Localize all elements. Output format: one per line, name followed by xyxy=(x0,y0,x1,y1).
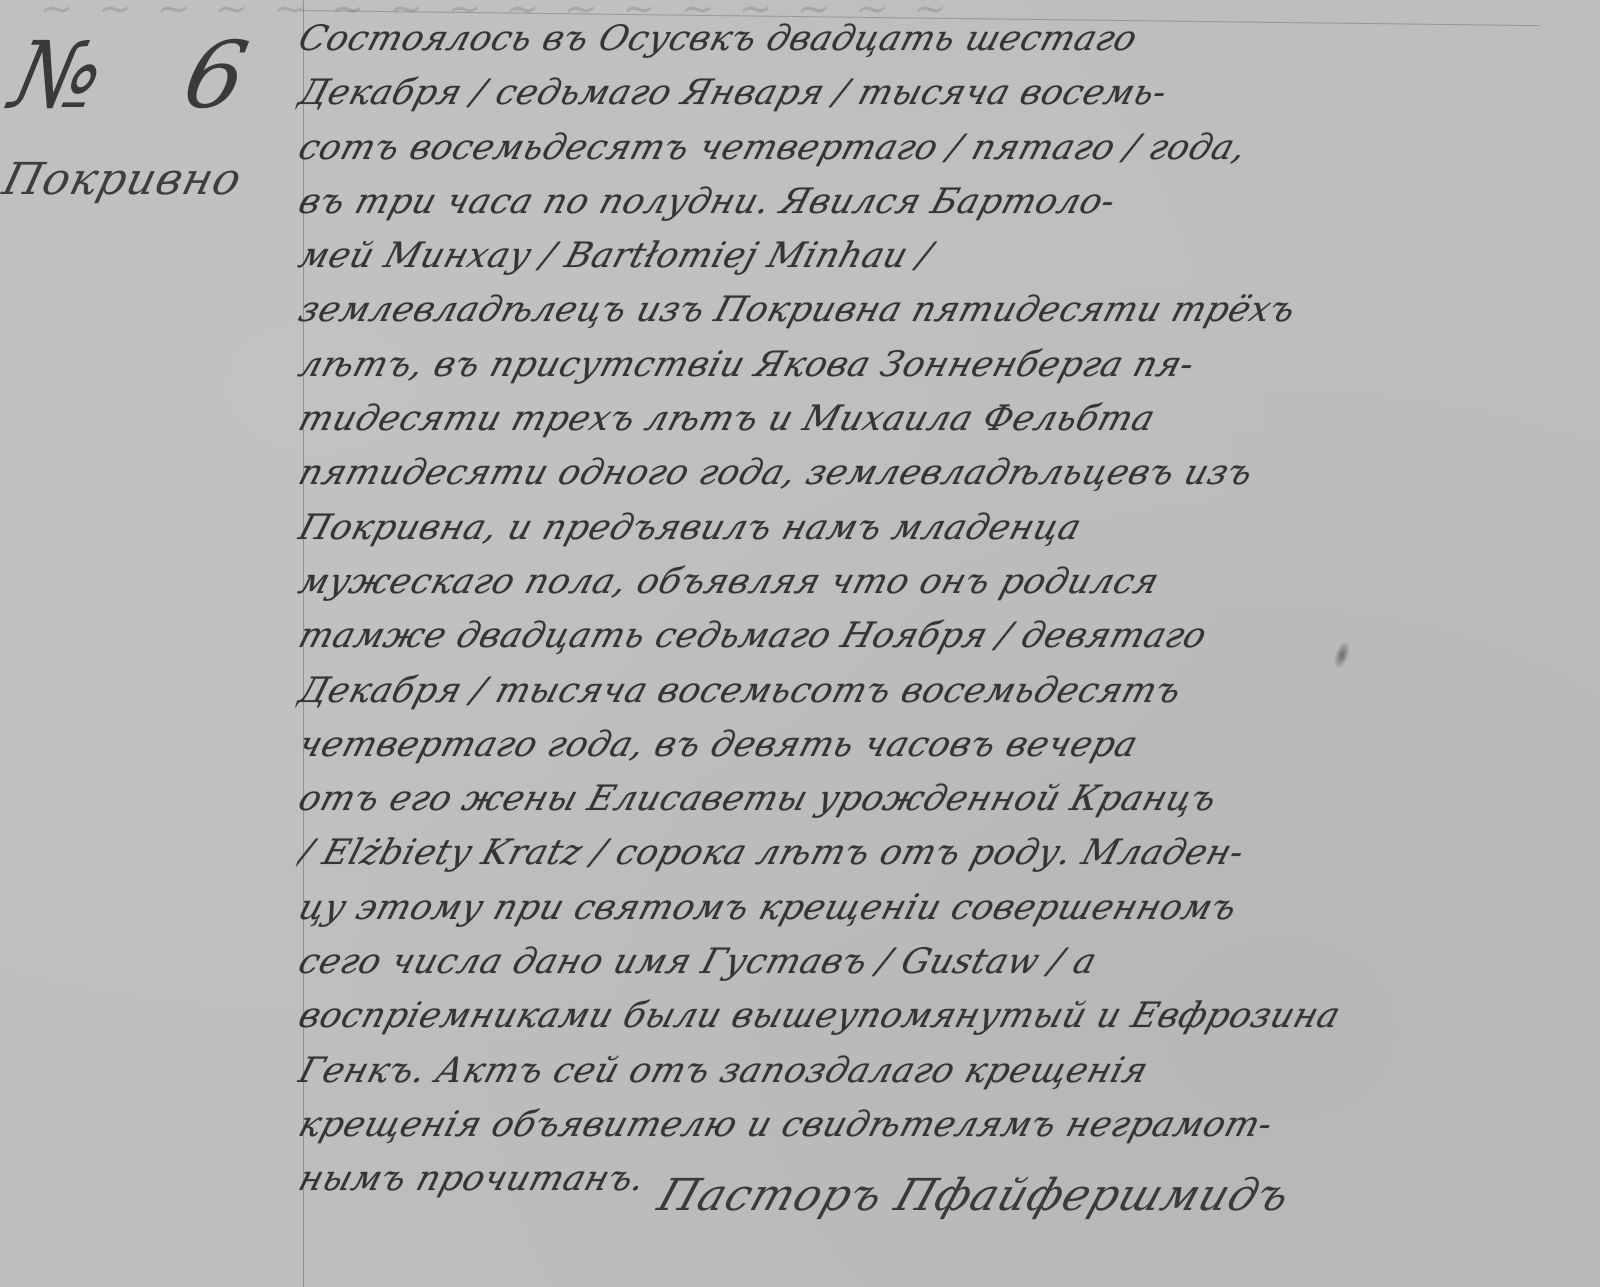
entry-number: № 6 xyxy=(4,30,282,122)
left-margin: № 6 Покривно xyxy=(0,0,300,1287)
document-page: ~ ~ ~ ~ ~ ~ ~ ~ ~ ~ ~ ~ ~ ~ ~ ~ № 6 Покр… xyxy=(0,0,1600,1287)
text-line: тидесяти трехъ лѣтъ и Михаила Фельбта xyxy=(292,392,1583,446)
text-line: Покривна, и предъявилъ намъ младенца xyxy=(292,501,1583,555)
text-line: мей Минхау / Bartłomiej Minhau / xyxy=(292,229,1583,283)
text-line: тамже двадцать седьмаго Ноября / девятаг… xyxy=(292,609,1583,663)
text-line: / Elżbiety Kratz / сорока лѣтъ отъ роду.… xyxy=(292,826,1583,880)
text-line: сего числа дано имя Густавъ / Gustaw / а xyxy=(292,935,1583,989)
text-line: пятидесяти одного года, землевладѣльцевъ… xyxy=(292,446,1583,500)
text-line: землевладѣлецъ изъ Покривна пятидесяти т… xyxy=(292,283,1583,337)
text-line: Генкъ. Актъ сей отъ запоздалаго крещенія xyxy=(292,1044,1583,1098)
record-body: Состоялось въ Осусвкъ двадцать шестаго Д… xyxy=(292,12,1567,1207)
text-line: Декабря / тысяча восемьсотъ восемьдесятъ xyxy=(292,664,1583,718)
text-line: мужескаго пола, объявляя что онъ родился xyxy=(292,555,1583,609)
pastor-signature: Пасторъ Пфайфершмидъ xyxy=(652,1170,1297,1221)
text-line: въ три часа по полудни. Явился Бартоло- xyxy=(292,175,1583,229)
text-line: отъ его жены Елисаветы урожденной Кранцъ xyxy=(292,772,1583,826)
text-line: лѣтъ, въ присутствіи Якова Зонненберга п… xyxy=(292,338,1583,392)
text-line: крещенія объявителю и свидѣтелямъ неграм… xyxy=(292,1098,1583,1152)
text-line: Состоялось въ Осусвкъ двадцать шестаго xyxy=(292,12,1583,66)
text-line: воспріемниками были вышеупомянутый и Евф… xyxy=(292,989,1583,1043)
margin-place-name: Покривно xyxy=(0,158,246,202)
text-line: сотъ восемьдесятъ четвертаго / пятаго / … xyxy=(292,121,1583,175)
text-line: четвертаго года, въ девять часовъ вечера xyxy=(292,718,1583,772)
text-line: Декабря / седьмаго Января / тысяча восем… xyxy=(292,66,1583,120)
text-line: цу этому при святомъ крещеніи совершенно… xyxy=(292,881,1583,935)
